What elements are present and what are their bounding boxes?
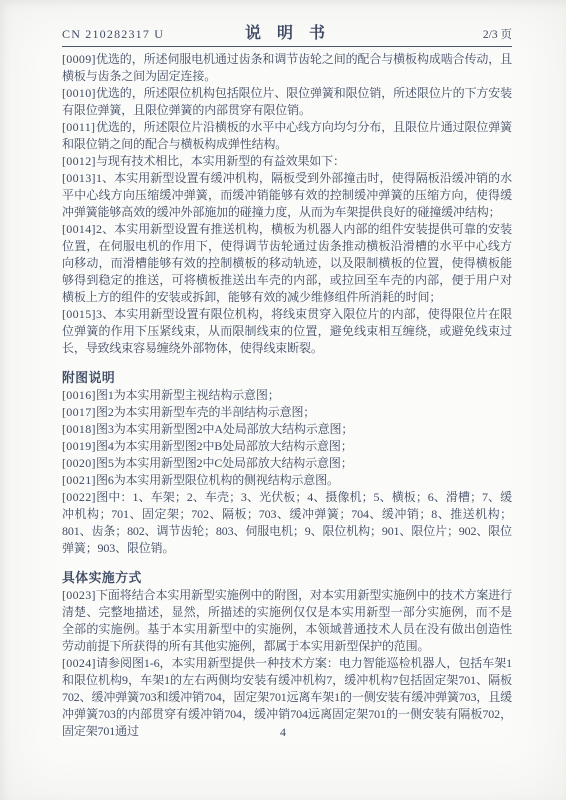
paragraph-text: 图6为本实用新型限位机构的侧视结构示意图。 [96, 473, 339, 487]
paragraph-0023: [0023]下面将结合本实用新型实施例中的附图，对本实用新型实施例中的技术方案进… [62, 587, 512, 655]
paragraph-text: 下面将结合本实用新型实施例中的附图，对本实用新型实施例中的技术方案进行清楚、完整… [62, 588, 512, 653]
paragraph-text: 图5为本实用新型图2中C处局部放大结构示意图； [96, 456, 353, 470]
paragraph-text: 图2为本实用新型车壳的半剖结构示意图； [96, 405, 315, 419]
paragraph-tag: [0011] [62, 119, 96, 136]
paragraph-0020: [0020]图5为本实用新型图2中C处局部放大结构示意图； [62, 455, 512, 472]
paragraph-text: 优选的，所述限位片沿横板的水平中心线方向均匀分布，且限位片通过限位弹簧和限位销之… [62, 120, 512, 151]
paragraph-0017: [0017]图2为本实用新型车壳的半剖结构示意图； [62, 404, 512, 421]
paragraph-text: 图中：1、车架；2、车壳；3、光伏板；4、摄像机；5、横板；6、滑槽；7、缓冲机… [62, 490, 512, 555]
page-indicator: 2/3 页 [483, 26, 512, 42]
paragraph-text: 2、本实用新型设置有推送机构，横板为机器人内部的组件安装提供可靠的安装位置，在伺… [62, 222, 512, 304]
paragraph-0015: [0015]3、本实用新型设置有限位机构，将线束贯穿入限位片的内部，使得限位片在… [62, 306, 512, 357]
section-heading-figure-descriptions: 附图说明 [62, 370, 512, 387]
paragraph-0012: [0012]与现有技术相比，本实用新型的有益效果如下： [62, 153, 512, 170]
paragraph-tag: [0019] [62, 438, 96, 455]
paragraph-tag: [0018] [62, 421, 96, 438]
paragraph-text: 优选的，所述伺服电机通过齿条和调节齿轮之间的配合与横板构成啮合传动，且横板与齿条… [62, 52, 512, 83]
paragraph-text: 优选的，所述限位机构包括限位片、限位弹簧和限位销，所述限位片的下方安装有限位弹簧… [62, 86, 512, 117]
paragraph-0014: [0014]2、本实用新型设置有推送机构，横板为机器人内部的组件安装提供可靠的安… [62, 221, 512, 306]
paragraph-0018: [0018]图3为本实用新型图2中A处局部放大结构示意图； [62, 421, 512, 438]
paragraph-text: 图3为本实用新型图2中A处局部放大结构示意图； [96, 422, 353, 436]
section-heading-detailed-embodiments: 具体实施方式 [62, 570, 512, 587]
paragraph-tag: [0023] [62, 587, 96, 604]
paragraph-0009: [0009]优选的，所述伺服电机通过齿条和调节齿轮之间的配合与横板构成啮合传动，… [62, 51, 512, 85]
paragraph-text: 图4为本实用新型图2中B处局部放大结构示意图； [96, 439, 353, 453]
paragraph-tag: [0015] [62, 306, 96, 323]
paragraph-tag: [0020] [62, 455, 96, 472]
paragraph-tag: [0014] [62, 221, 96, 238]
paragraph-0022: [0022]图中：1、车架；2、车壳；3、光伏板；4、摄像机；5、横板；6、滑槽… [62, 489, 512, 557]
paragraph-text: 1、本实用新型设置有缓冲机构，隔板受到外部撞击时，使得隔板沿缓冲销的水平中心线方… [62, 171, 512, 219]
paragraph-text: 与现有技术相比，本实用新型的有益效果如下： [96, 154, 345, 168]
paragraph-tag: [0010] [62, 85, 96, 102]
paragraph-tag: [0012] [62, 153, 96, 170]
specification-body: [0009]优选的，所述伺服电机通过齿条和调节齿轮之间的配合与横板构成啮合传动，… [62, 51, 512, 740]
paragraph-tag: [0024] [62, 655, 96, 672]
paragraph-tag: [0021] [62, 472, 96, 489]
page-header: CN 210282317 U 说明书 2/3 页 [62, 18, 512, 47]
paragraph-0010: [0010]优选的，所述限位机构包括限位片、限位弹簧和限位销，所述限位片的下方安… [62, 85, 512, 119]
paragraph-0013: [0013]1、本实用新型设置有缓冲机构，隔板受到外部撞击时，使得隔板沿缓冲销的… [62, 170, 512, 221]
paragraph-0011: [0011]优选的，所述限位片沿横板的水平中心线方向均匀分布，且限位片通过限位弹… [62, 119, 512, 153]
paragraph-tag: [0016] [62, 387, 96, 404]
patent-page: CN 210282317 U 说明书 2/3 页 [0009]优选的，所述伺服电… [0, 0, 566, 800]
paragraph-text: 3、本实用新型设置有限位机构，将线束贯穿入限位片的内部，使得限位片在限位弹簧的作… [62, 307, 512, 355]
paragraph-text: 图1为本实用新型主视结构示意图； [96, 388, 280, 402]
paragraph-0016: [0016]图1为本实用新型主视结构示意图； [62, 387, 512, 404]
paragraph-tag: [0009] [62, 51, 96, 68]
doc-number: CN 210282317 U [62, 27, 164, 42]
page-number: 4 [0, 725, 566, 740]
paragraph-tag: [0013] [62, 170, 96, 187]
paragraph-tag: [0017] [62, 404, 96, 421]
paragraph-0021: [0021]图6为本实用新型限位机构的侧视结构示意图。 [62, 472, 512, 489]
paragraph-tag: [0022] [62, 489, 96, 506]
doc-title: 说明书 [245, 20, 341, 43]
paragraph-0019: [0019]图4为本实用新型图2中B处局部放大结构示意图； [62, 438, 512, 455]
